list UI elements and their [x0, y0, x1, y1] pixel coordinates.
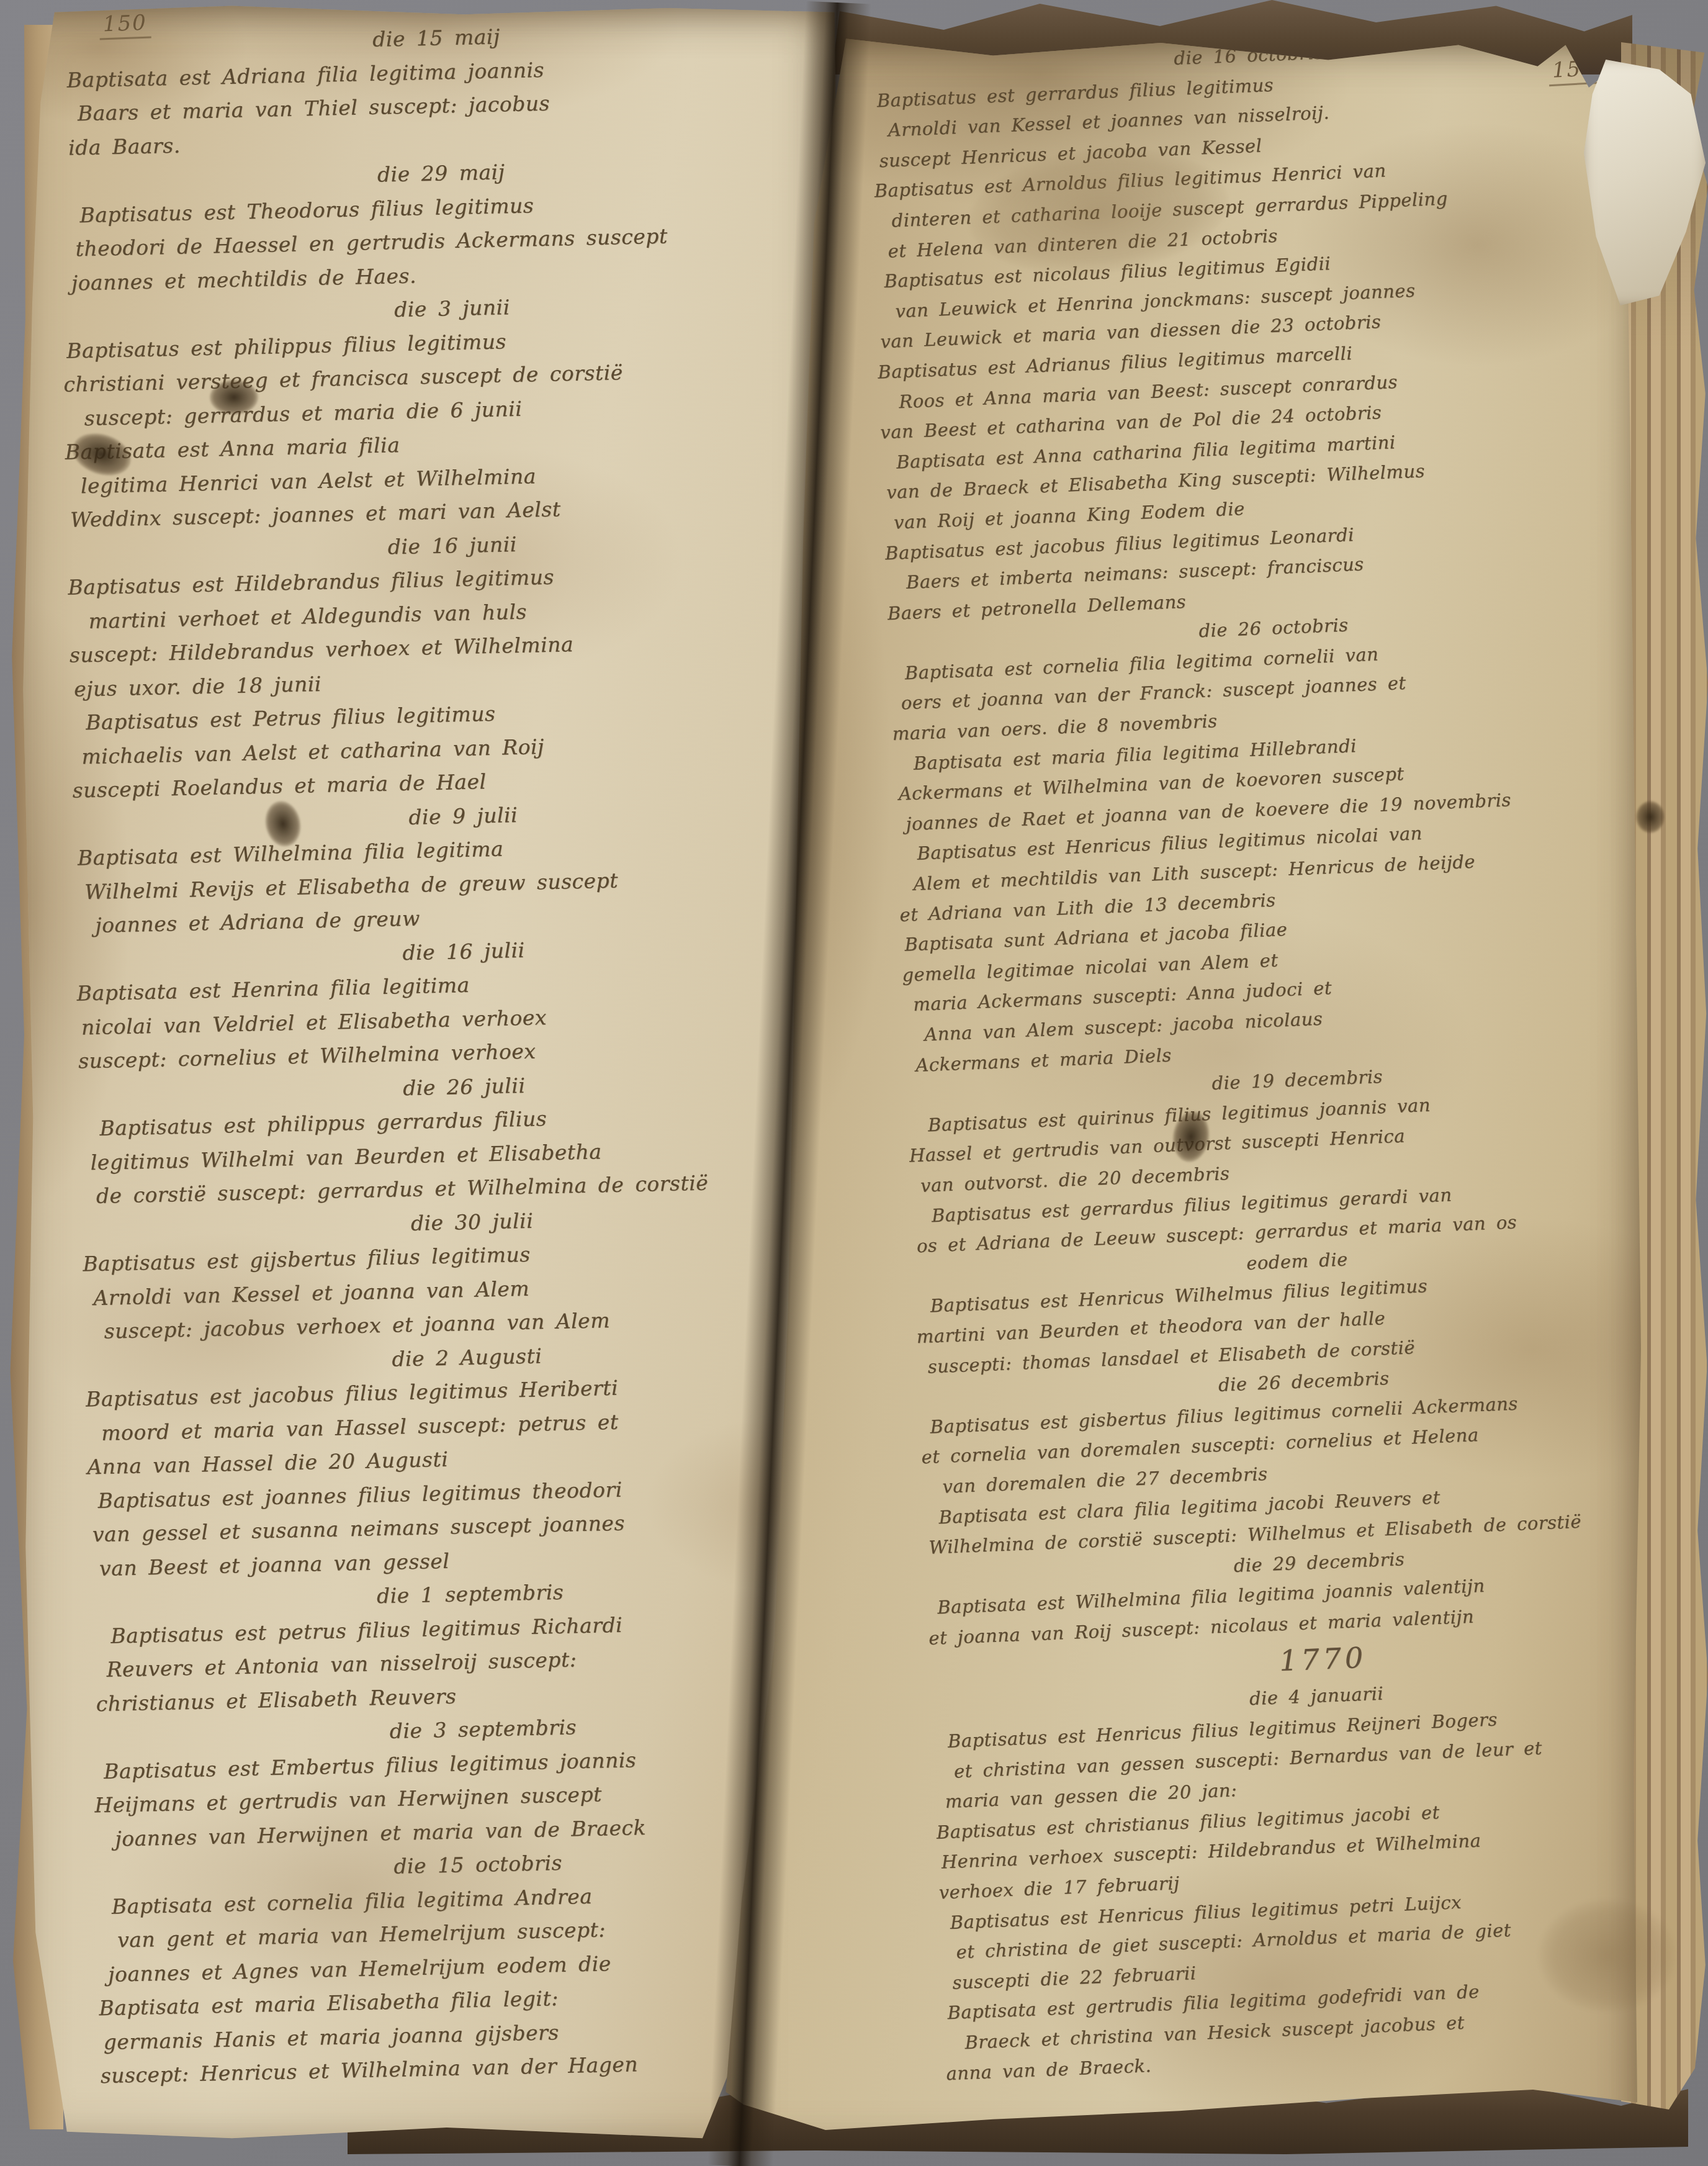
left-page-lines: die 15 maijBaptisata est Adriana filia l…	[56, 13, 861, 2093]
ink-blot	[1636, 801, 1665, 833]
right-page: 151 die 16 octobrisBaptisatus est gerrar…	[714, 32, 1645, 2155]
paper-stain	[1539, 1900, 1676, 2011]
right-page-lines: die 16 octobrisBaptisatus est gerrardus …	[865, 25, 1708, 2088]
ink-blot	[210, 380, 258, 415]
left-page: 150 die 15 maijBaptisata est Adriana fil…	[17, 4, 843, 2147]
manuscript-photo: 150 die 15 maijBaptisata est Adriana fil…	[0, 0, 1708, 2166]
